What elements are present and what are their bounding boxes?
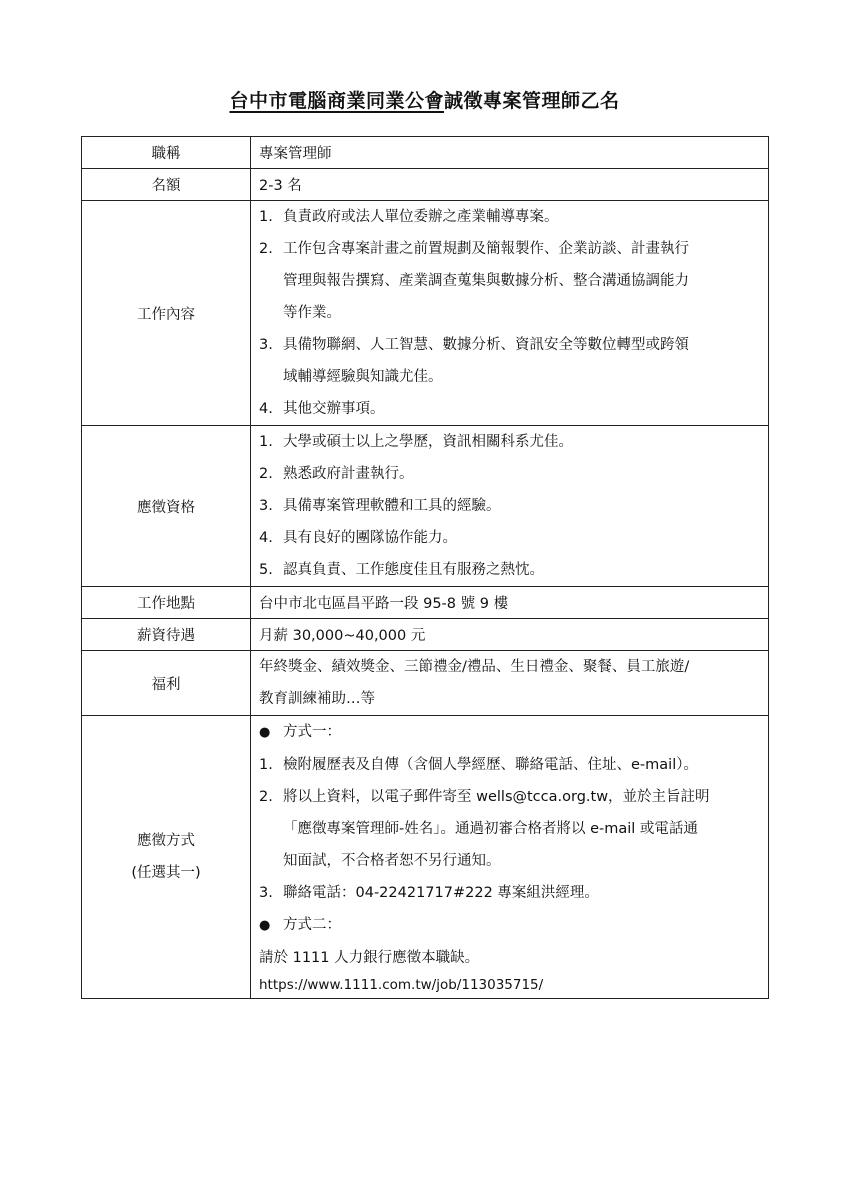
bullet-icon: ● <box>259 910 283 942</box>
value-qualifications: 1.大學或碩士以上之學歷，資訊相關科系尤佳。 2.熟悉政府計畫執行。 3.具備專… <box>251 426 769 587</box>
method1-heading: ●方式一： <box>259 716 760 749</box>
value-apply: ●方式一： 1.檢附履歷表及自傳（含個人學經歷、聯絡電話、住址、e-mail）。… <box>251 716 769 999</box>
row-headcount: 名額 2-3 名 <box>82 169 769 201</box>
duty-item: 1.負責政府或法人單位委辦之產業輔導專案。 <box>259 201 760 233</box>
job-posting-table: 職稱 專案管理師 名額 2-3 名 工作內容 1.負責政府或法人單位委辦之產業輔… <box>81 136 769 999</box>
row-salary: 薪資待遇 月薪 30,000~40,000 元 <box>82 619 769 651</box>
label-apply: 應徵方式 (任選其一) <box>82 716 251 999</box>
value-job-title: 專案管理師 <box>251 137 769 169</box>
row-apply: 應徵方式 (任選其一) ●方式一： 1.檢附履歷表及自傳（含個人學經歷、聯絡電話… <box>82 716 769 999</box>
job-link[interactable]: https://www.1111.com.tw/job/113035715/ <box>259 974 760 998</box>
title-organization: 台中市電腦商業同業公會 <box>229 90 444 112</box>
qualification-item: 3.具備專案管理軟體和工具的經驗。 <box>259 490 760 522</box>
label-salary: 薪資待遇 <box>82 619 251 651</box>
row-location: 工作地點 台中市北屯區昌平路一段 95-8 號 9 樓 <box>82 587 769 619</box>
apply-item: 3.聯絡電話：04-22421717#222 專案組洪經理。 <box>259 877 760 909</box>
label-duties: 工作內容 <box>82 201 251 426</box>
document-title: 台中市電腦商業同業公會誠徵專案管理師乙名 <box>0 86 849 113</box>
method2-text: 請於 1111 人力銀行應徵本職缺。 <box>259 942 760 974</box>
duty-item: 3.具備物聯網、人工智慧、數據分析、資訊安全等數位轉型或跨領 <box>259 329 760 361</box>
value-benefits: 年終獎金、績效獎金、三節禮金/禮品、生日禮金、聚餐、員工旅遊/ 教育訓練補助…等 <box>251 651 769 716</box>
qualification-item: 1.大學或碩士以上之學歷，資訊相關科系尤佳。 <box>259 426 760 458</box>
apply-item-continued: 「應徵專案管理師-姓名」。通過初審合格者將以 e-mail 或電話通 <box>259 813 760 845</box>
value-salary: 月薪 30,000~40,000 元 <box>251 619 769 651</box>
row-job-title: 職稱 專案管理師 <box>82 137 769 169</box>
qualification-item: 5.認真負責、工作態度佳且有服務之熱忱。 <box>259 554 760 586</box>
label-job-title: 職稱 <box>82 137 251 169</box>
benefits-line: 年終獎金、績效獎金、三節禮金/禮品、生日禮金、聚餐、員工旅遊/ <box>259 651 760 683</box>
method2-heading: ●方式二： <box>259 909 760 942</box>
duty-item-continued: 域輔導經驗與知識尤佳。 <box>259 361 760 393</box>
label-qualifications: 應徵資格 <box>82 426 251 587</box>
value-duties: 1.負責政府或法人單位委辦之產業輔導專案。 2.工作包含專案計畫之前置規劃及簡報… <box>251 201 769 426</box>
title-position: 誠徵專案管理師乙名 <box>444 90 620 112</box>
apply-item: 2.將以上資料，以電子郵件寄至 wells@tcca.org.tw，並於主旨註明 <box>259 781 760 813</box>
qualification-item: 4.具有良好的團隊協作能力。 <box>259 522 760 554</box>
duty-item: 2.工作包含專案計畫之前置規劃及簡報製作、企業訪談、計畫執行 <box>259 233 760 265</box>
benefits-line: 教育訓練補助…等 <box>259 683 760 715</box>
qualification-item: 2.熟悉政府計畫執行。 <box>259 458 760 490</box>
value-headcount: 2-3 名 <box>251 169 769 201</box>
row-benefits: 福利 年終獎金、績效獎金、三節禮金/禮品、生日禮金、聚餐、員工旅遊/ 教育訓練補… <box>82 651 769 716</box>
label-headcount: 名額 <box>82 169 251 201</box>
duty-item-continued: 管理與報告撰寫、產業調查蒐集與數據分析、整合溝通協調能力 <box>259 265 760 297</box>
row-duties: 工作內容 1.負責政府或法人單位委辦之產業輔導專案。 2.工作包含專案計畫之前置… <box>82 201 769 426</box>
label-location: 工作地點 <box>82 587 251 619</box>
duty-item: 4.其他交辦事項。 <box>259 393 760 425</box>
apply-item-continued: 知面試，不合格者恕不另行通知。 <box>259 845 760 877</box>
value-location: 台中市北屯區昌平路一段 95-8 號 9 樓 <box>251 587 769 619</box>
duty-item-continued: 等作業。 <box>259 297 760 329</box>
bullet-icon: ● <box>259 717 283 749</box>
apply-item: 1.檢附履歷表及自傳（含個人學經歷、聯絡電話、住址、e-mail）。 <box>259 749 760 781</box>
row-qualifications: 應徵資格 1.大學或碩士以上之學歷，資訊相關科系尤佳。 2.熟悉政府計畫執行。 … <box>82 426 769 587</box>
label-benefits: 福利 <box>82 651 251 716</box>
